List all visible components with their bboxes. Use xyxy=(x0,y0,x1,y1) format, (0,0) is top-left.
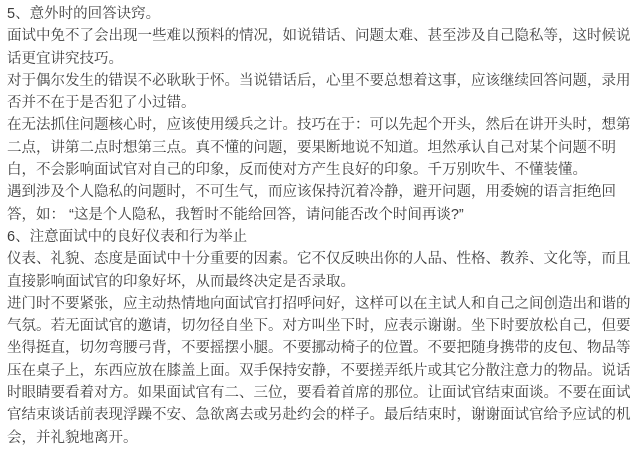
text-line: 遇到涉及个人隐私的问题时，不可生气，而应该保持沉着冷静，避开问题，用委婉的语言拒… xyxy=(7,181,631,203)
text-line: 时眼睛要看着对方。如果面试官有二、三位，要看着首席的那位。让面试官结束面谈。不要… xyxy=(7,382,631,404)
text-line: 会，并礼貌地离开。 xyxy=(7,427,631,449)
section-heading-6: 6、注意面试中的良好仪表和行为举止 xyxy=(7,226,631,248)
text-line: 压在桌子上，东西应放在膝盖上面。双手保持安静，不要搓弄纸片或其它分散注意力的物品… xyxy=(7,360,631,382)
text-line: 仪表、礼貌、态度是面试中十分重要的因素。它不仅反映出你的人品、性格、教养、文化等… xyxy=(7,248,631,270)
text-line: 直接影响面试官的印象好坏，从而最终决定是否录取。 xyxy=(7,271,631,293)
text-line: 白，不会影响面试官对自己的印象，反而使对方产生良好的印象。千万别吹牛、不懂装懂。 xyxy=(7,159,631,181)
text-line: 面试中免不了会出现一些难以预料的情况，如说错话、问题太难、甚至涉及自己隐私等，这… xyxy=(7,25,631,47)
text-line: 否并不在于是否犯了小过错。 xyxy=(7,92,631,114)
text-line: 进门时不要紧张，应主动热情地向面试官打招呼问好，这样可以在主试人和自己之间创造出… xyxy=(7,293,631,315)
text-line: 官结束谈话前表现浮躁不安、急欲离去或另赴约会的样子。最后结束时，谢谢面试官给予应… xyxy=(7,404,631,426)
text-line: 话更宜讲究技巧。 xyxy=(7,48,631,70)
text-line: 对于偶尔发生的错误不必耿耿于怀。当说错话后，心里不要总想着这事，应该继续回答问题… xyxy=(7,70,631,92)
text-line: 坐得挺直，切勿弯腰弓背，不要摇摆小腿。不要挪动椅子的位置。不要把随身携带的皮包、… xyxy=(7,337,631,359)
text-line: 二点，讲第二点时想第三点。真不懂的问题，要果断地说不知道。坦然承认自己对某个问题… xyxy=(7,137,631,159)
section-heading-5: 5、意外时的回答诀窍。 xyxy=(7,3,631,25)
text-line: 气氛。若无面试官的邀请，切勿径自坐下。对方叫坐下时，应表示谢谢。坐下时要放松自己… xyxy=(7,315,631,337)
document-page: 5、意外时的回答诀窍。 面试中免不了会出现一些难以预料的情况，如说错话、问题太难… xyxy=(0,0,639,449)
text-line: 在无法抓住问题核心时，应该使用缓兵之计。技巧在于：可以先起个开头，然后在讲开头时… xyxy=(7,114,631,136)
text-line: 答，如： “这是个人隐私，我暂时不能给回答，请问能否改个时间再谈?” xyxy=(7,204,631,226)
